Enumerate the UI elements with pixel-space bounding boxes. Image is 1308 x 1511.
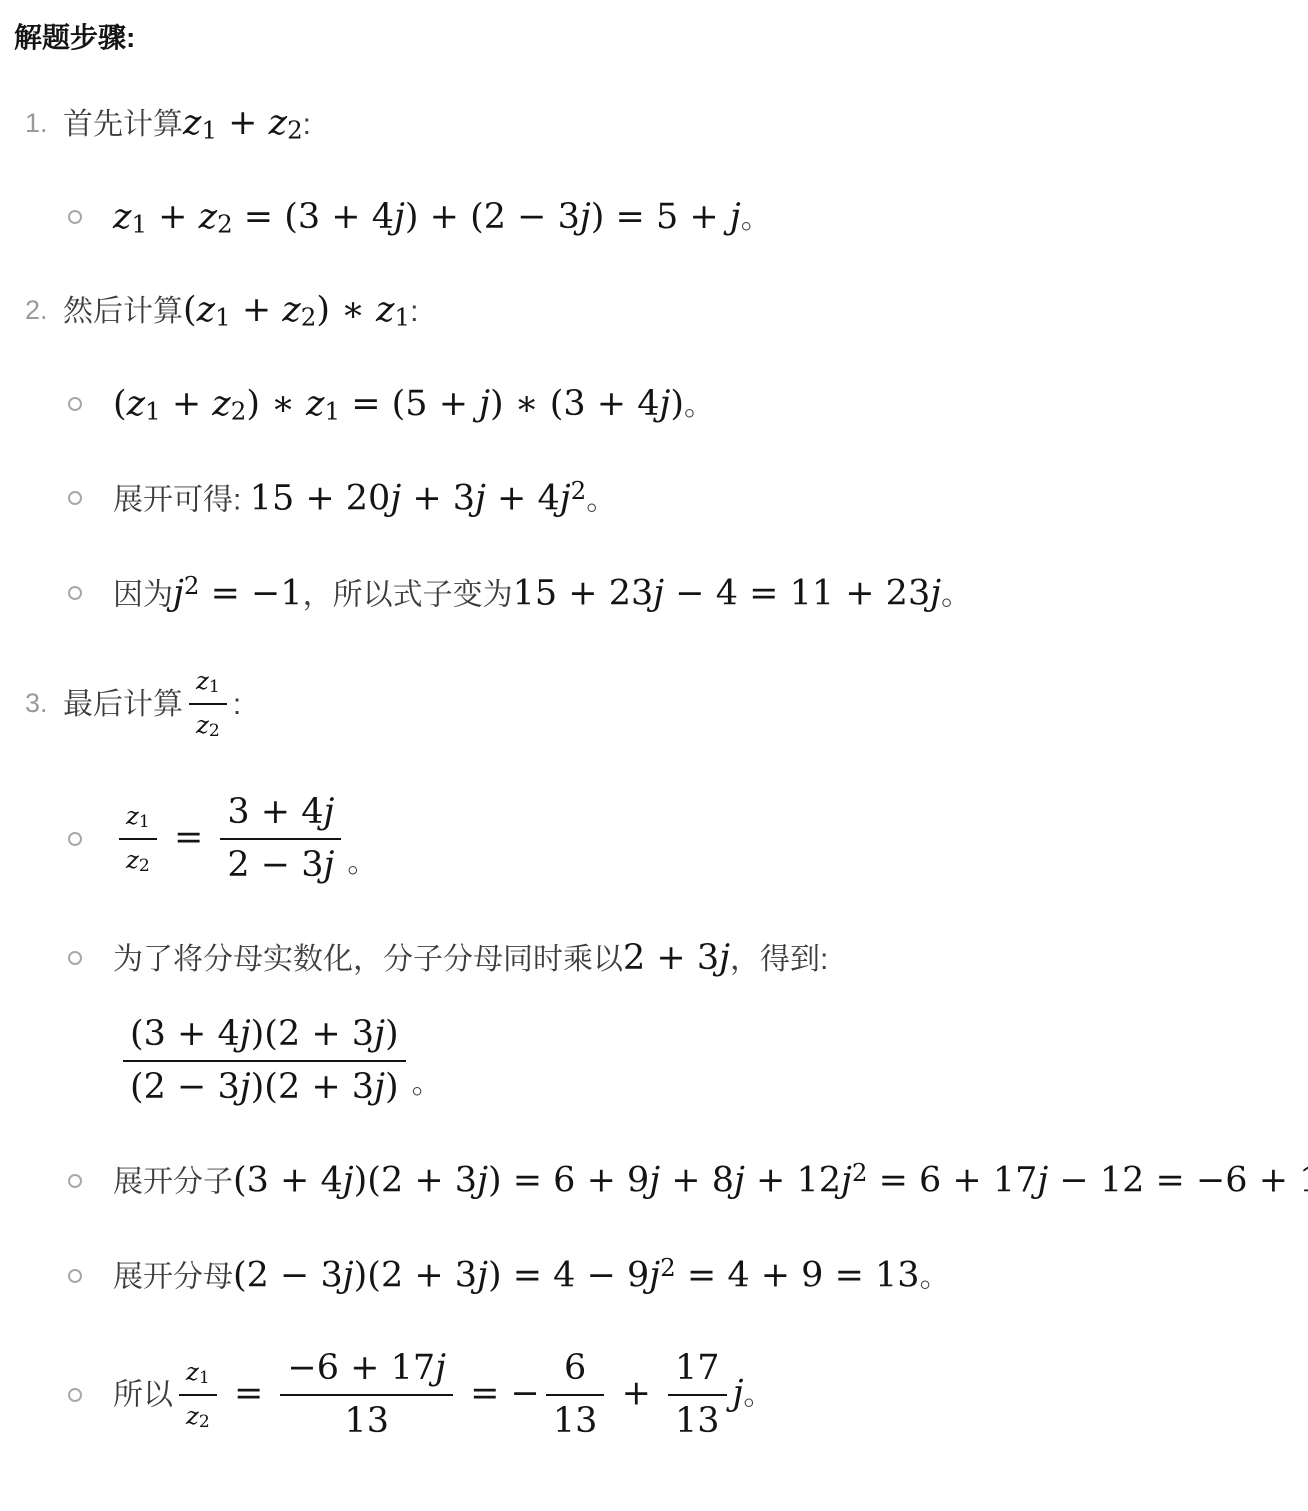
math-run: −6 + 17j xyxy=(287,1348,446,1388)
denominator: z2 xyxy=(179,1396,217,1434)
math-run: 13 xyxy=(344,1401,389,1441)
denominator: 2 − 3j xyxy=(220,840,341,887)
bullet-list: z1 + z2 = (3 + 4j) + (2 − 3j) = 5 + j。 xyxy=(63,195,1288,241)
denominator: 13 xyxy=(668,1396,727,1443)
subscript: 2 xyxy=(301,302,317,331)
subscript: 1 xyxy=(215,302,231,331)
text-run: : xyxy=(233,687,241,720)
math-run: 13 xyxy=(675,1401,720,1441)
bullet-content: z1 + z2 = (3 + 4j) + (2 − 3j) = 5 + j。 xyxy=(113,195,771,241)
list-item: (z1 + z2) ∗ z1 = (5 + j) ∗ (3 + 4j)。 xyxy=(63,382,1288,428)
subscript: 2 xyxy=(287,115,303,144)
fraction: 3 + 4j2 − 3j xyxy=(220,791,341,887)
bullet-icon xyxy=(68,1269,82,1283)
bullet-content: 展开分子(3 + 4j)(2 + 3j) = 6 + 9j + 8j + 12j… xyxy=(113,1157,1308,1204)
bullet-marker xyxy=(63,951,113,965)
denominator: (2 − 3j)(2 + 3j) xyxy=(123,1062,406,1109)
text-run: 展开分子 xyxy=(113,1166,233,1199)
solution-step: 3.最后计算z1z2:z1z2 = 3 + 4j2 − 3j。为了将分母实数化，… xyxy=(25,665,1288,1444)
step-number: 1. xyxy=(25,108,63,139)
denominator: 13 xyxy=(546,1396,605,1443)
bullet-marker xyxy=(63,491,113,505)
bullet-content: (z1 + z2) ∗ z1 = (5 + j) ∗ (3 + 4j)。 xyxy=(113,382,714,428)
bullet-marker xyxy=(63,832,113,846)
bullet-list: (z1 + z2) ∗ z1 = (5 + j) ∗ (3 + 4j)。展开可得… xyxy=(63,382,1288,617)
numerator: 3 + 4j xyxy=(220,791,341,840)
math-run: (3 + 4j)(2 + 3j) xyxy=(130,1014,399,1054)
page-title: 解题步骤: xyxy=(14,20,1288,55)
fraction: 1713 xyxy=(668,1347,727,1443)
math-run: = − xyxy=(459,1374,540,1414)
math-run: + z xyxy=(231,290,301,330)
numerator: (3 + 4j)(2 + 3j) xyxy=(123,1013,406,1062)
fraction: z1z2 xyxy=(189,665,227,744)
superscript: 2 xyxy=(852,1158,868,1187)
numerator: 6 xyxy=(546,1347,605,1396)
text-run: 。 xyxy=(920,1260,950,1293)
math-run: z xyxy=(113,197,131,237)
math-run: (z xyxy=(183,290,215,330)
bullet-marker xyxy=(63,210,113,224)
step-title: 首先计算z1 + z2: xyxy=(63,101,311,147)
math-run: 2 − 3j xyxy=(227,845,334,885)
subscript: 1 xyxy=(209,677,220,697)
numerator: z1 xyxy=(119,800,157,840)
subscript: 2 xyxy=(139,856,150,876)
subscript: 2 xyxy=(209,721,220,741)
math-run: = xyxy=(223,1374,275,1414)
math-run: = 4 + 9 = 13 xyxy=(676,1255,920,1295)
math-run: z xyxy=(196,710,209,739)
math-run: = (3 + 4j) + (2 − 3j) = 5 + j xyxy=(233,197,741,237)
text-run: 然后计算 xyxy=(63,295,183,328)
text-run: 。 xyxy=(684,389,714,422)
text-run: : xyxy=(303,108,311,141)
step-title: 最后计算z1z2: xyxy=(63,665,241,744)
bullet-icon xyxy=(68,1388,82,1402)
bullet-icon xyxy=(68,951,82,965)
math-run: (3 + 4j)(2 + 3j) = 6 + 9j + 8j + 12j xyxy=(233,1161,852,1201)
bullet-icon xyxy=(68,832,82,846)
list-item: 展开分子(3 + 4j)(2 + 3j) = 6 + 9j + 8j + 12j… xyxy=(63,1157,1288,1204)
equation-content: (3 + 4j)(2 + 3j)(2 − 3j)(2 + 3j)。 xyxy=(117,1013,442,1109)
denominator: 13 xyxy=(280,1396,453,1443)
bullet-content: z1z2 = 3 + 4j2 − 3j。 xyxy=(113,791,377,887)
step-title-row: 1.首先计算z1 + z2: xyxy=(25,101,1288,147)
superscript: 2 xyxy=(660,1253,676,1282)
solution-step: 2.然后计算(z1 + z2) ∗ z1:(z1 + z2) ∗ z1 = (5… xyxy=(25,288,1288,617)
list-item: 所以z1z2 = −6 + 17j13 = −613 + 1713j。 xyxy=(63,1347,1288,1443)
list-item: 因为j2 = −1，所以式子变为15 + 23j − 4 = 11 + 23j。 xyxy=(63,570,1288,617)
math-run: = xyxy=(163,818,215,858)
fraction: −6 + 17j13 xyxy=(280,1347,453,1443)
math-run: = 6 + 17j − 12 = −6 + 17j xyxy=(867,1161,1308,1201)
bullet-icon xyxy=(68,586,82,600)
superscript: 2 xyxy=(571,476,587,505)
math-run: z xyxy=(126,845,139,874)
math-run: + z xyxy=(147,197,217,237)
step-number: 2. xyxy=(25,295,63,326)
text-run: 因为 xyxy=(113,578,173,611)
subscript: 1 xyxy=(201,115,217,144)
bullet-marker xyxy=(63,1388,113,1402)
step-title: 然后计算(z1 + z2) ∗ z1: xyxy=(63,288,418,334)
math-run: ) ∗ z xyxy=(246,384,324,424)
math-run: z xyxy=(196,666,209,695)
math-run: z xyxy=(183,103,201,143)
bullet-icon xyxy=(68,397,82,411)
text-run: 。 xyxy=(741,202,771,235)
text-run: 展开分母 xyxy=(113,1260,233,1293)
math-run: 13 xyxy=(553,1401,598,1441)
period-punctuation: 。 xyxy=(347,846,377,879)
superscript: 2 xyxy=(184,571,200,600)
math-run: 3 + 4j xyxy=(227,792,334,832)
list-item: z1 + z2 = (3 + 4j) + (2 − 3j) = 5 + j。 xyxy=(63,195,1288,241)
bullet-content: 所以z1z2 = −6 + 17j13 = −613 + 1713j。 xyxy=(113,1347,773,1443)
fraction: 613 xyxy=(546,1347,605,1443)
math-run: 6 xyxy=(564,1348,586,1388)
list-item: 展开可得: 15 + 20j + 3j + 4j2。 xyxy=(63,475,1288,522)
math-run: = −1 xyxy=(199,573,302,613)
fraction: z1z2 xyxy=(119,800,157,879)
bullet-marker xyxy=(63,397,113,411)
step-title-row: 3.最后计算z1z2: xyxy=(25,665,1288,744)
bullet-icon xyxy=(68,491,82,505)
text-run: 首先计算 xyxy=(63,108,183,141)
numerator: 17 xyxy=(668,1347,727,1396)
math-run: (2 − 3j)(2 + 3j) = 4 − 9j xyxy=(233,1255,660,1295)
subscript: 1 xyxy=(131,209,147,238)
solution-step: 1.首先计算z1 + z2:z1 + z2 = (3 + 4j) + (2 − … xyxy=(25,101,1288,240)
text-run: 所以 xyxy=(113,1379,173,1412)
math-run: + xyxy=(610,1374,662,1414)
math-run: + z xyxy=(161,384,231,424)
bullet-marker xyxy=(63,1174,113,1188)
text-run: 最后计算 xyxy=(63,687,183,720)
math-run: = (5 + j) ∗ (3 + 4j) xyxy=(340,384,684,424)
bullet-marker xyxy=(63,1269,113,1283)
subscript: 1 xyxy=(394,302,410,331)
bullet-icon xyxy=(68,1174,82,1188)
subscript: 1 xyxy=(324,396,340,425)
fraction: z1z2 xyxy=(179,1356,217,1435)
bullet-content: 展开可得: 15 + 20j + 3j + 4j2。 xyxy=(113,475,616,522)
math-run: j xyxy=(733,1374,744,1414)
numerator: z1 xyxy=(179,1356,217,1396)
bullet-content: 因为j2 = −1，所以式子变为15 + 23j − 4 = 11 + 23j。 xyxy=(113,570,971,617)
math-run: 17 xyxy=(675,1348,720,1388)
step-number: 3. xyxy=(25,688,63,719)
subscript: 1 xyxy=(139,812,150,832)
math-run: z xyxy=(186,1357,199,1386)
bullet-content: 展开分母(2 − 3j)(2 + 3j) = 4 − 9j2 = 4 + 9 =… xyxy=(113,1252,950,1299)
text-run: ，所以式子变为 xyxy=(303,578,513,611)
math-run: z xyxy=(186,1401,199,1430)
solution-document: 解题步骤: 1.首先计算z1 + z2:z1 + z2 = (3 + 4j) +… xyxy=(0,0,1308,1511)
period-punctuation: 。 xyxy=(412,1067,442,1100)
subscript: 1 xyxy=(145,396,161,425)
display-equation: (3 + 4j)(2 + 3j)(2 − 3j)(2 + 3j)。 xyxy=(63,1013,1288,1109)
subscript: 1 xyxy=(199,1368,210,1388)
numerator: −6 + 17j xyxy=(280,1347,453,1396)
text-run: 。 xyxy=(743,1379,773,1412)
math-run: + z xyxy=(217,103,287,143)
bullet-marker xyxy=(63,586,113,600)
denominator: z2 xyxy=(119,840,157,878)
text-run: 。 xyxy=(586,483,616,516)
subscript: 2 xyxy=(231,396,247,425)
math-run: ) ∗ z xyxy=(316,290,394,330)
bullet-list: z1z2 = 3 + 4j2 − 3j。为了将分母实数化，分子分母同时乘以2 +… xyxy=(63,791,1288,1443)
math-run: (z xyxy=(113,384,145,424)
steps-list: 1.首先计算z1 + z2:z1 + z2 = (3 + 4j) + (2 − … xyxy=(25,101,1288,1443)
list-item: z1z2 = 3 + 4j2 − 3j。 xyxy=(63,791,1288,887)
text-run: : xyxy=(410,295,418,328)
math-run: 2 + 3j xyxy=(623,938,730,978)
text-run: 展开可得: xyxy=(113,483,250,516)
math-run: 15 + 20j + 3j + 4j xyxy=(250,478,571,518)
step-title-row: 2.然后计算(z1 + z2) ∗ z1: xyxy=(25,288,1288,334)
subscript: 2 xyxy=(217,209,233,238)
math-run: z xyxy=(126,801,139,830)
math-run: 15 + 23j − 4 = 11 + 23j xyxy=(513,573,941,613)
numerator: z1 xyxy=(189,665,227,705)
list-item: 展开分母(2 − 3j)(2 + 3j) = 4 − 9j2 = 4 + 9 =… xyxy=(63,1252,1288,1299)
math-run: (2 − 3j)(2 + 3j) xyxy=(130,1067,399,1107)
text-run: 。 xyxy=(941,578,971,611)
subscript: 2 xyxy=(199,1412,210,1432)
text-run: 为了将分母实数化，分子分母同时乘以 xyxy=(113,943,623,976)
math-run: j xyxy=(173,573,184,613)
text-run: ，得到: xyxy=(730,943,828,976)
bullet-content: 为了将分母实数化，分子分母同时乘以2 + 3j，得到: xyxy=(113,936,828,982)
denominator: z2 xyxy=(189,705,227,743)
fraction: (3 + 4j)(2 + 3j)(2 − 3j)(2 + 3j) xyxy=(123,1013,406,1109)
list-item: 为了将分母实数化，分子分母同时乘以2 + 3j，得到: xyxy=(63,936,1288,982)
bullet-icon xyxy=(68,210,82,224)
